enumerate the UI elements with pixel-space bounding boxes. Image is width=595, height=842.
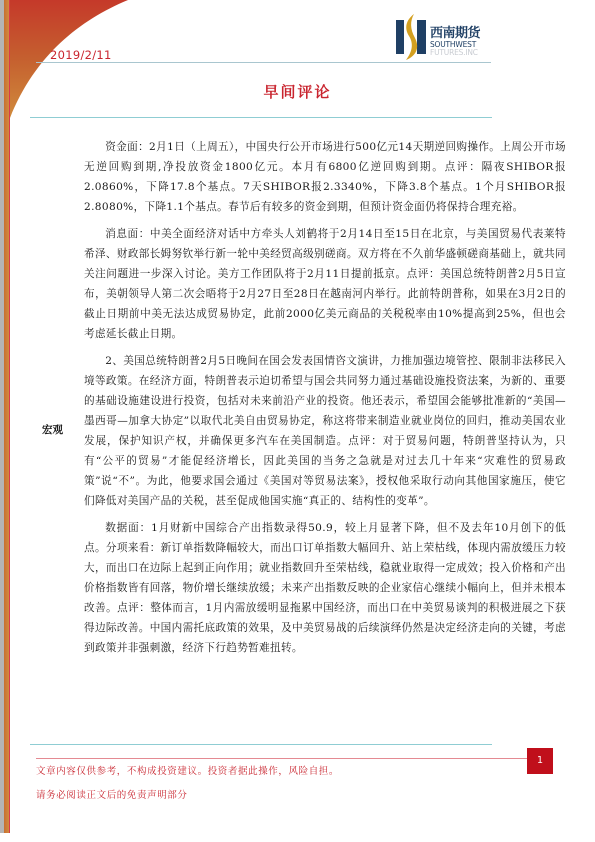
header-divider <box>36 62 491 63</box>
paragraph-news: 消息面：中美全面经济对话中方牵头人刘鹤将于2月14日至15日在北京，与美国贸易代… <box>84 224 566 344</box>
footer-divider-red <box>36 758 533 759</box>
paragraph-data: 数据面：1月财新中国综合产出指数录得50.9，较上月显著下降，但不及去年10月创… <box>84 518 566 658</box>
report-date: 2019/2/11 <box>50 48 112 62</box>
company-logo: 西南期货 SOUTHWEST FUTURES.INC <box>396 14 516 60</box>
article-body: 资金面：2月1日（上周五），中国央行公开市场进行500亿元14天期逆回购操作。上… <box>84 137 566 665</box>
footer-notice: 请务必阅读正文后的免责声明部分 <box>36 787 188 801</box>
page-number-badge: 1 <box>527 748 553 774</box>
logo-english-subtitle: FUTURES.INC <box>430 48 478 57</box>
paragraph-state-of-union: 2、美国总统特朗普2月5日晚间在国会发表国情咨文演讲，力推加强边境管控、限制非法… <box>84 351 566 511</box>
paragraph-funding: 资金面：2月1日（上周五），中国央行公开市场进行500亿元14天期逆回购操作。上… <box>84 137 566 217</box>
logo-chinese-name: 西南期货 <box>430 22 480 41</box>
logo-s-mark-icon <box>396 14 426 60</box>
title-divider <box>30 117 492 118</box>
section-label-macro: 宏观 <box>42 422 63 437</box>
left-edge-red-rule <box>9 0 10 833</box>
footer-disclaimer: 文章内容仅供参考，不构成投资建议。投资者据此操作，风险自担。 <box>36 763 339 777</box>
footer-divider-teal <box>30 744 492 745</box>
page-title: 早间评论 <box>0 81 595 102</box>
